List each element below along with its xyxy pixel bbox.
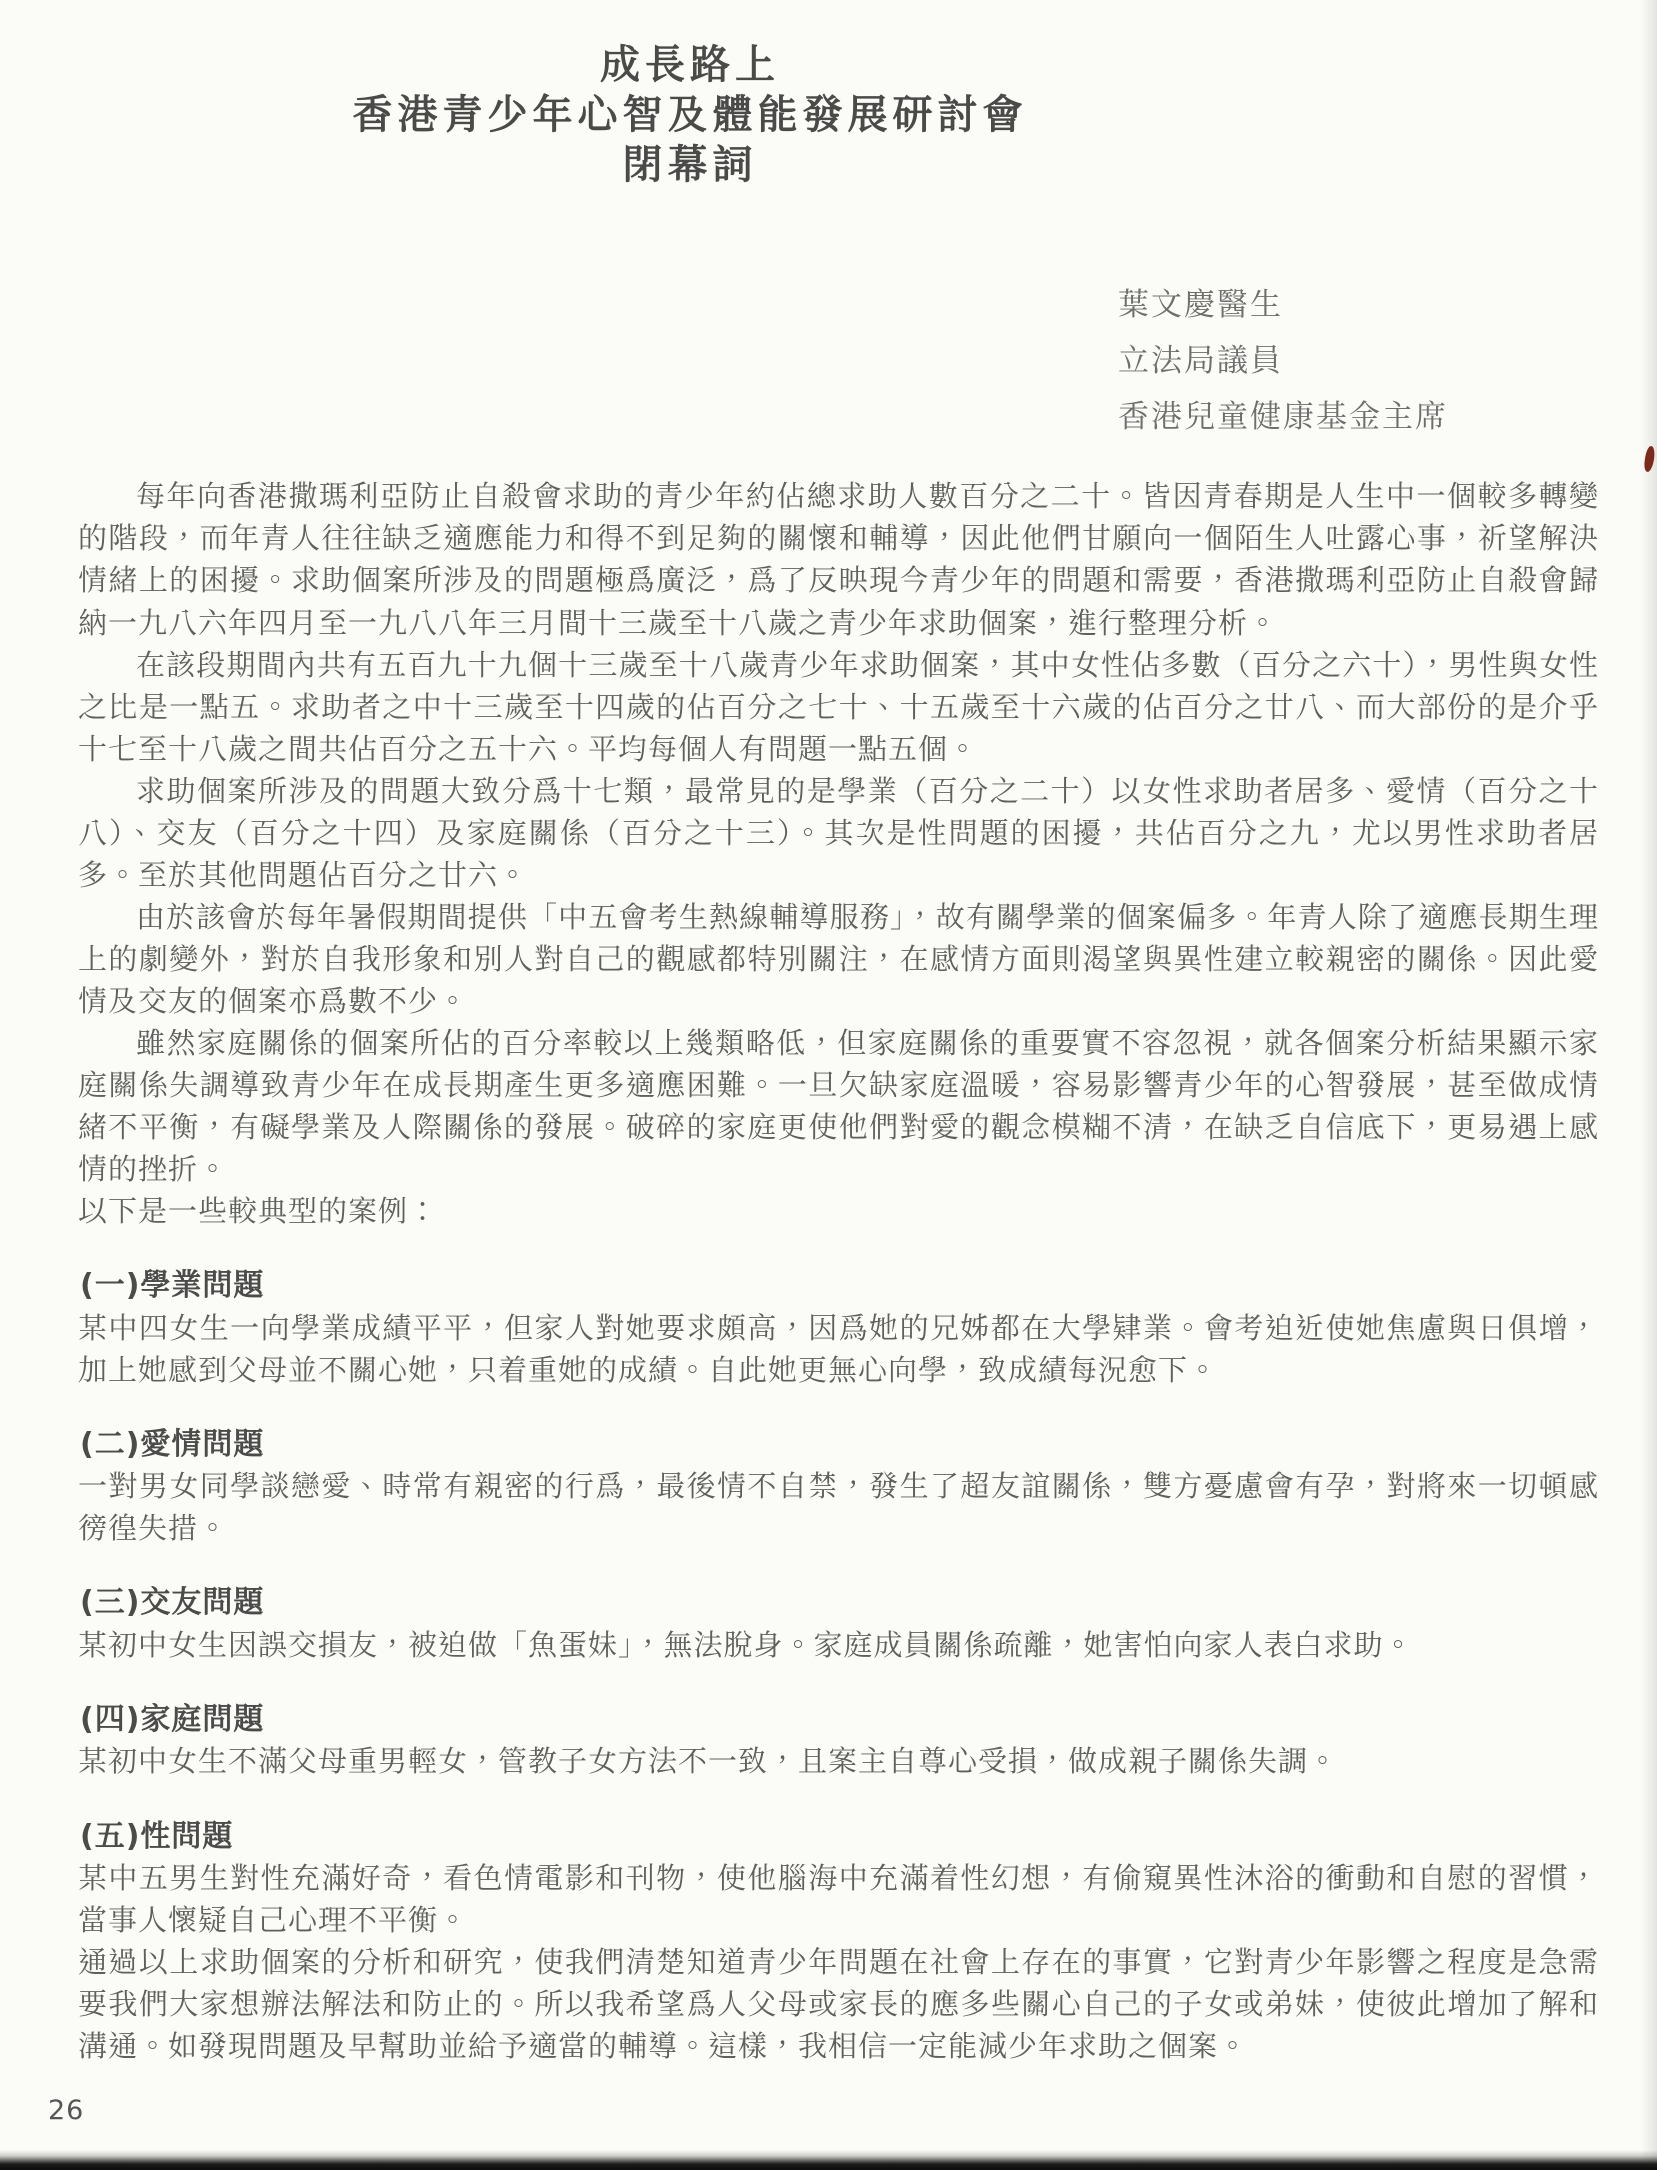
cases-intro: 以下是一些較典型的案例： xyxy=(78,1190,1599,1232)
author-name: 葉文慶醫生 xyxy=(1118,278,1657,334)
case-study-sex: (五)性問題 某中五男生對性充滿好奇，看色情電影和刊物，使他腦海中充滿着性幻想，… xyxy=(78,1817,1599,2068)
author-role-legco: 立法局議員 xyxy=(1118,334,1657,390)
paragraph-conclusion: 通過以上求助個案的分析和研究，使我們清楚知道青少年問題在社會上存在的事實，它對青… xyxy=(78,1941,1599,2067)
case-heading: (二)愛情問題 xyxy=(80,1425,1599,1466)
scanned-document-page: 成長路上 香港青少年心智及體能發展研討會 閉幕詞 葉文慶醫生 立法局議員 香港兒… xyxy=(0,0,1657,2170)
case-study-friendship: (三)交友問題 某初中女生因誤交損友，被迫做「魚蛋妹」，無法脫身。家庭成員關係疏… xyxy=(78,1583,1599,1666)
page-title: 成長路上 xyxy=(0,40,1380,90)
paragraph-family-relations: 雖然家庭關係的個案所佔的百分率較以上幾類略低，但家庭關係的重要實不容忽視，就各個… xyxy=(78,1022,1599,1190)
paragraph-problem-categories: 求助個案所涉及的問題大致分爲十七類，最常見的是學業（百分之二十）以女性求助者居多… xyxy=(78,770,1599,896)
case-body: 某初中女生不滿父母重男輕女，管教子女方法不一致，且案主自尊心受損，做成親子關係失… xyxy=(78,1740,1599,1782)
case-heading: (五)性問題 xyxy=(80,1817,1599,1858)
paragraph-statistics: 在該段期間內共有五百九十九個十三歲至十八歲青少年求助個案，其中女性佔多數（百分之… xyxy=(78,644,1599,770)
case-study-academic: (一)學業問題 某中四女生一向學業成績平平，但家人對她要求頗高，因爲她的兄姊都在… xyxy=(78,1266,1599,1391)
page-title-closing-speech: 閉幕詞 xyxy=(0,140,1380,190)
case-body: 某初中女生因誤交損友，被迫做「魚蛋妹」，無法脫身。家庭成員關係疏離，她害怕向家人… xyxy=(78,1624,1599,1666)
paragraph-hotline-service: 由於該會於每年暑假期間提供「中五會考生熱線輔導服務」，故有關學業的個案偏多。年青… xyxy=(78,896,1599,1022)
author-block: 葉文慶醫生 立法局議員 香港兒童健康基金主席 xyxy=(1118,278,1657,445)
document-title-block: 成長路上 香港青少年心智及體能發展研討會 閉幕詞 xyxy=(0,0,1380,190)
page-subtitle: 香港青少年心智及體能發展研討會 xyxy=(0,90,1380,140)
case-study-romance: (二)愛情問題 一對男女同學談戀愛、時常有親密的行爲，最後情不自禁，發生了超友誼… xyxy=(78,1425,1599,1550)
document-body: 每年向香港撒瑪利亞防止自殺會求助的青少年約佔總求助人數百分之二十。皆因青春期是人… xyxy=(78,475,1599,2067)
scan-red-mark-artifact xyxy=(1643,445,1656,472)
case-body: 某中五男生對性充滿好奇，看色情電影和刊物，使他腦海中充滿着性幻想，有偷窺異性沐浴… xyxy=(78,1857,1599,1941)
author-role-foundation: 香港兒童健康基金主席 xyxy=(1118,390,1657,446)
case-heading: (三)交友問題 xyxy=(80,1583,1599,1624)
case-body: 某中四女生一向學業成績平平，但家人對她要求頗高，因爲她的兄姊都在大學肄業。會考迫… xyxy=(78,1307,1599,1391)
case-study-family: (四)家庭問題 某初中女生不滿父母重男輕女，管教子女方法不一致，且案主自尊心受損… xyxy=(78,1700,1599,1783)
page-number: 26 xyxy=(48,2095,84,2126)
paragraph-overview: 每年向香港撒瑪利亞防止自殺會求助的青少年約佔總求助人數百分之二十。皆因青春期是人… xyxy=(78,475,1599,643)
case-heading: (四)家庭問題 xyxy=(80,1700,1599,1741)
case-body: 一對男女同學談戀愛、時常有親密的行爲，最後情不自禁，發生了超友誼關係，雙方憂慮會… xyxy=(78,1465,1599,1549)
scan-bottom-edge-artifact xyxy=(0,2150,1657,2170)
case-heading: (一)學業問題 xyxy=(80,1266,1599,1307)
